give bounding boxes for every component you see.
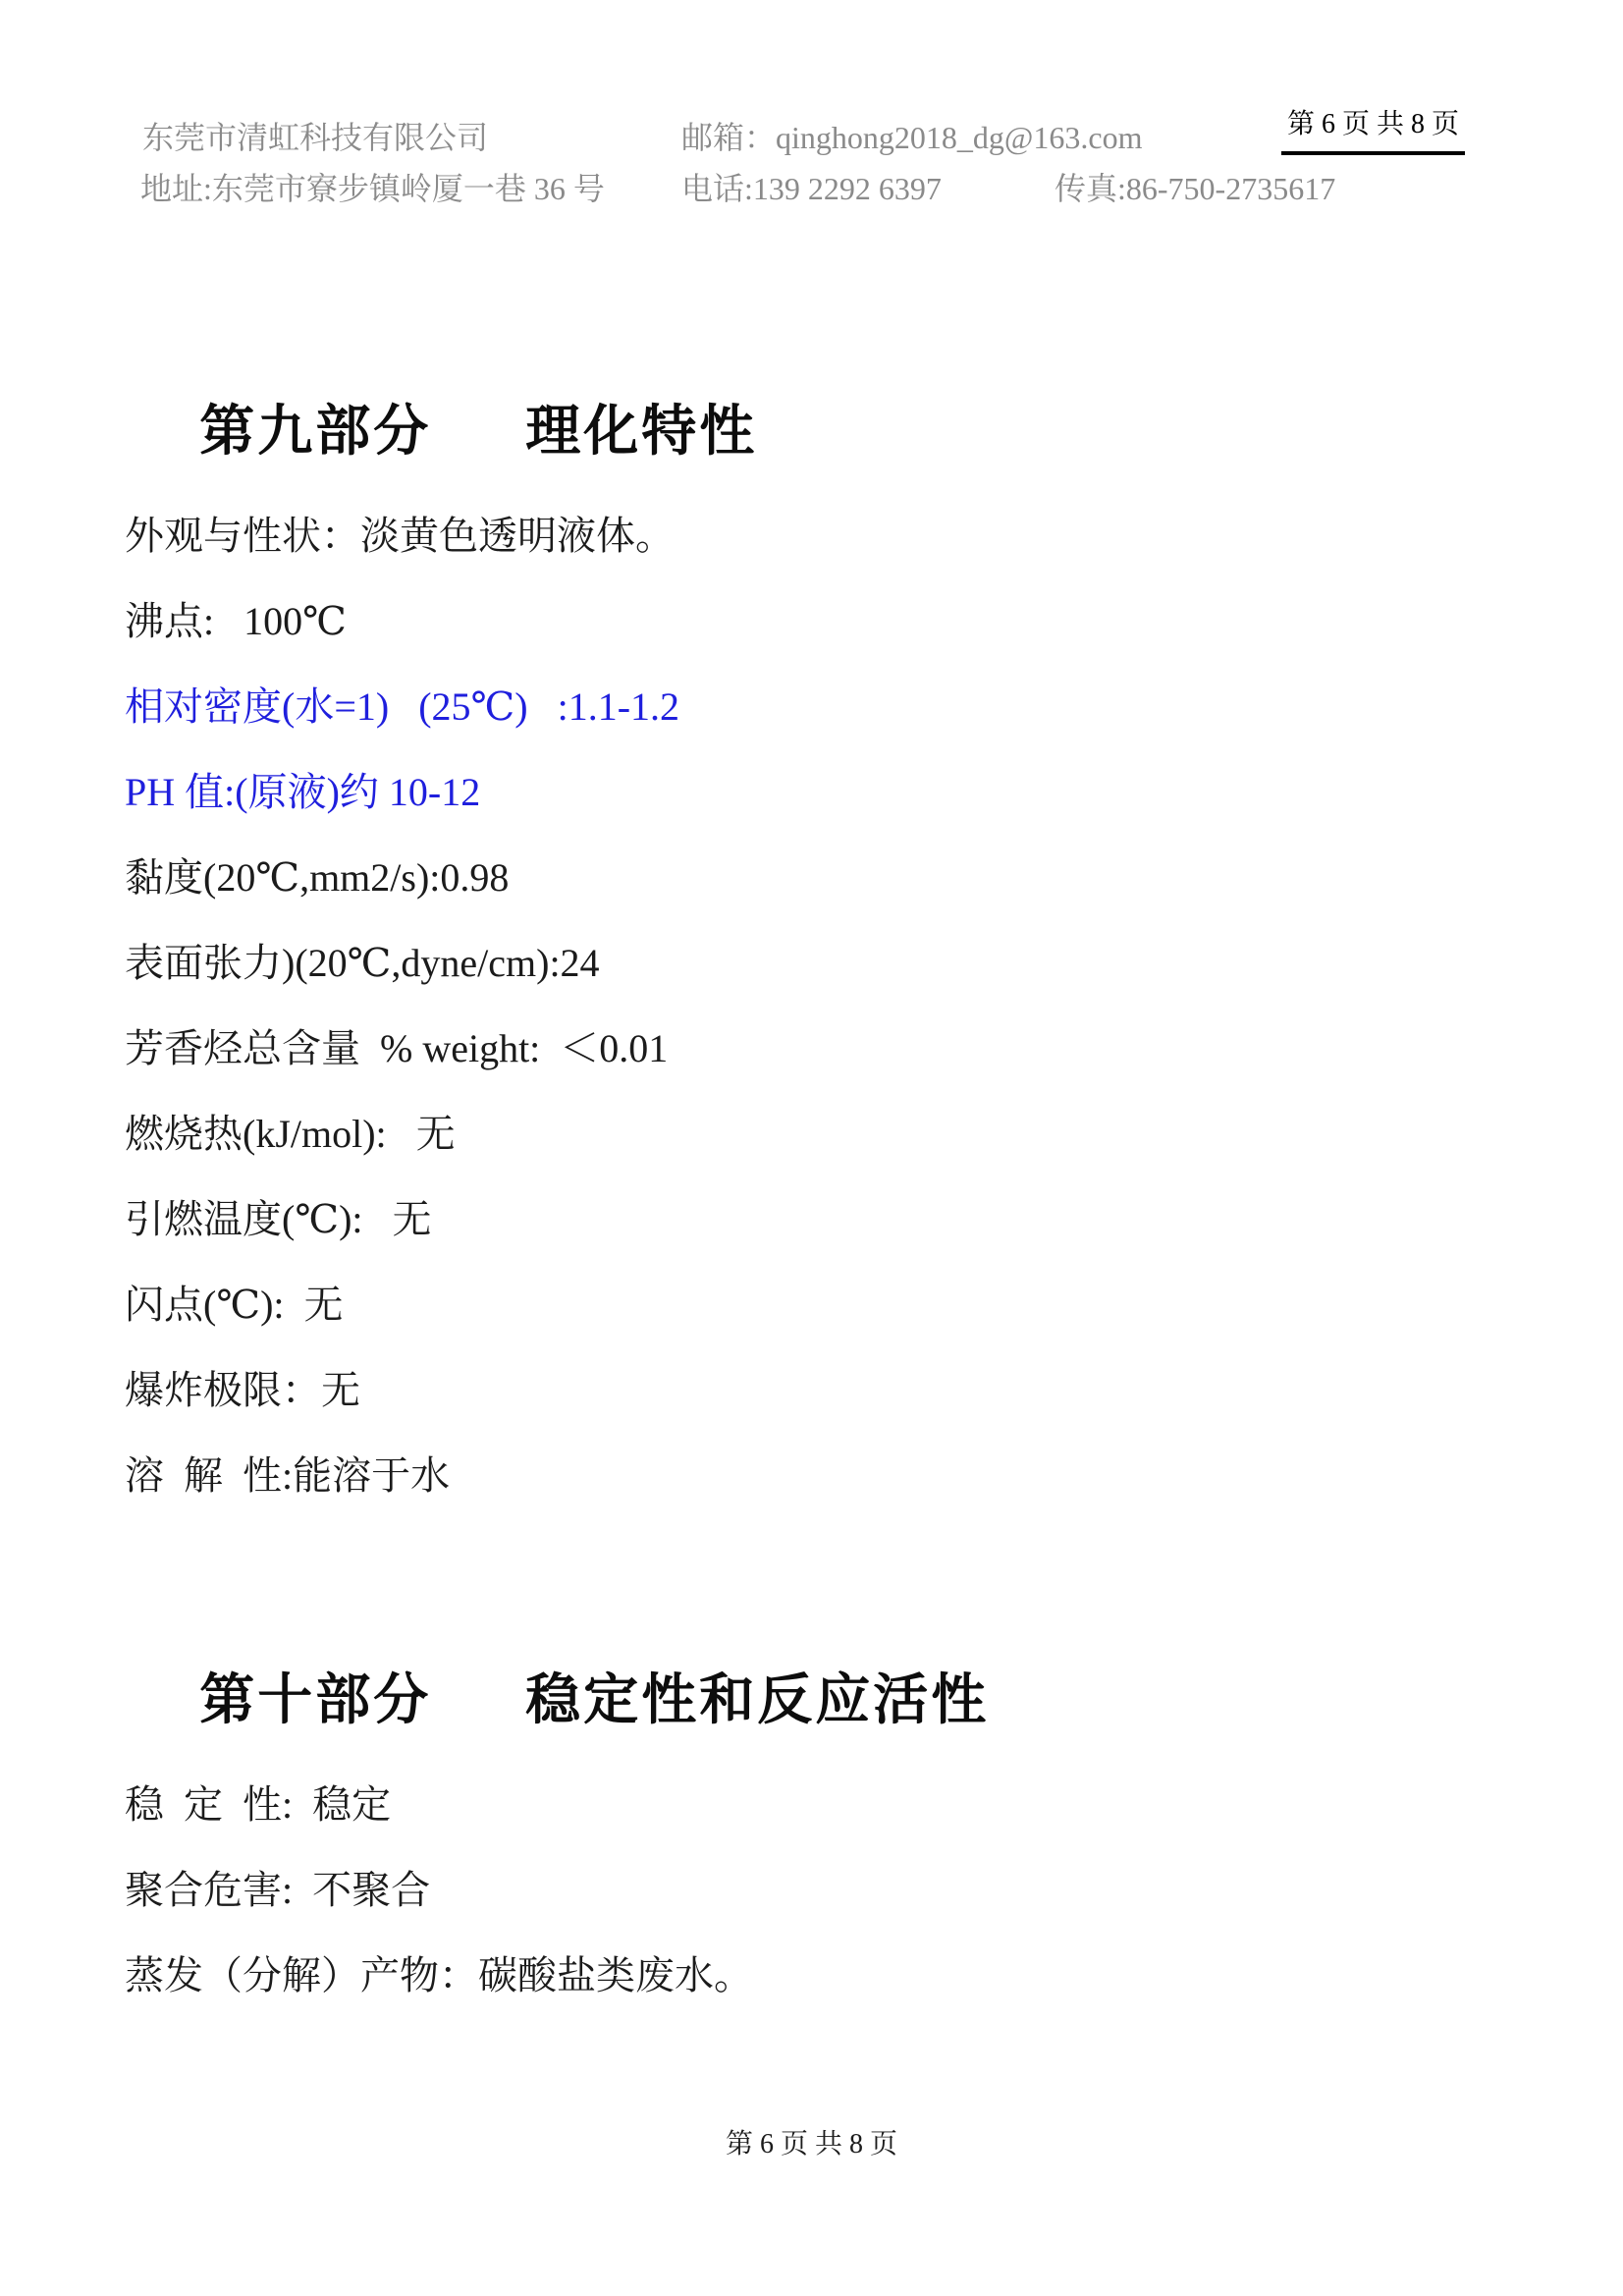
property-line-boiling-point: 沸点: 100℃	[125, 578, 1564, 664]
property-line-ignition-temperature: 引燃温度(℃): 无	[125, 1176, 1564, 1262]
address-text: 地址:东莞市寮步镇岭厦一巷 36 号	[140, 171, 605, 207]
property-line-flash-point: 闪点(℃): 无	[125, 1262, 1564, 1347]
section-9-number: 第九部分	[199, 400, 431, 462]
property-line-solubility: 溶 解 性:能溶于水	[125, 1433, 1564, 1518]
section-10-body: 稳 定 性: 稳定 聚合危害: 不聚合 蒸发（分解）产物：碳酸盐类废水。	[125, 1762, 1564, 2018]
page-number-badge: 第 6 页 共 8 页	[1281, 102, 1465, 155]
property-line-appearance: 外观与性状：淡黄色透明液体。	[125, 493, 1564, 578]
phone-text: 电话:139 2292 6397	[681, 171, 942, 207]
section-9-body: 外观与性状：淡黄色透明液体。 沸点: 100℃ 相对密度(水=1) (25℃) …	[125, 493, 1564, 1518]
section-9-name: 理化特性	[525, 400, 757, 462]
document-page: 东莞市清虹科技有限公司 邮箱：qinghong2018_dg@163.com 第…	[0, 0, 1623, 2296]
property-line-stability: 稳 定 性: 稳定	[125, 1762, 1564, 1847]
footer-page-number: 第 6 页 共 8 页	[0, 2121, 1623, 2168]
property-line-heat-of-combustion: 燃烧热(kJ/mol): 无	[125, 1091, 1564, 1176]
company-name: 东莞市清虹科技有限公司	[142, 120, 488, 156]
property-line-decomposition-products: 蒸发（分解）产物：碳酸盐类废水。	[125, 1933, 1564, 2018]
section-10-name: 稳定性和反应活性	[525, 1668, 989, 1730]
property-line-viscosity: 黏度(20℃,mm2/s):0.98	[125, 835, 1564, 920]
section-10-number: 第十部分	[199, 1668, 431, 1730]
property-line-aromatics-content: 芳香烃总含量 % weight: ＜0.01	[125, 1006, 1564, 1091]
property-line-polymerization-hazard: 聚合危害: 不聚合	[125, 1847, 1564, 1933]
property-line-relative-density: 相对密度(水=1) (25℃) :1.1-1.2	[125, 664, 1564, 749]
fax-text: 传真:86-750-2735617	[1055, 171, 1335, 207]
property-line-explosion-limit: 爆炸极限：无	[125, 1347, 1564, 1433]
property-line-ph-value: PH 值:(原液)约 10-12	[125, 749, 1564, 835]
email-text: 邮箱：qinghong2018_dg@163.com	[681, 120, 1142, 156]
property-line-surface-tension: 表面张力)(20℃,dyne/cm):24	[125, 920, 1564, 1006]
